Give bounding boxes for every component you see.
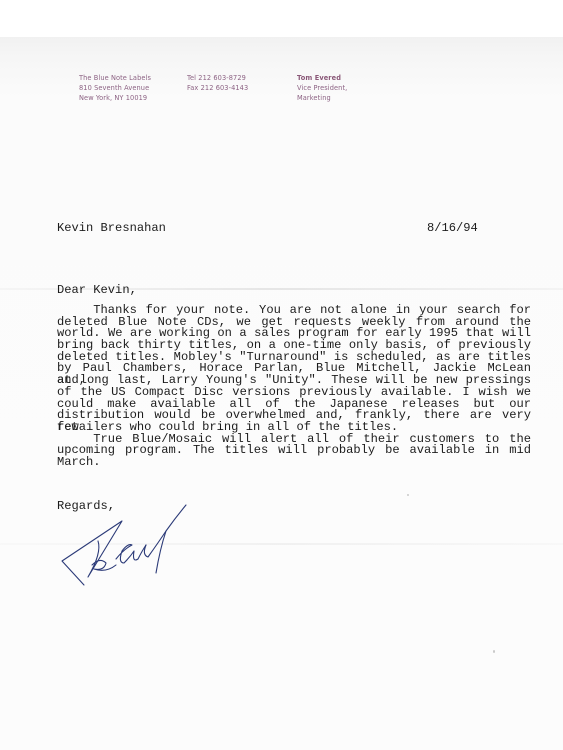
letterhead-phone: Tel 212 603-8729 Fax 212 603-4143 [187,73,248,93]
fax-number: Fax 212 603-4143 [187,83,248,93]
sender-name: Tom Evered [297,73,347,83]
paper-speck [407,494,409,496]
letterhead-sender: Tom Evered Vice President, Marketing [297,73,347,103]
paper-speck [493,650,495,653]
body-line: upcoming program. The titles will probab… [57,445,531,457]
recipient-name: Kevin Bresnahan [57,221,166,235]
handwritten-signature-icon [58,493,238,598]
telephone-number: Tel 212 603-8729 [187,73,248,83]
company-name: The Blue Note Labels [79,73,151,83]
body-line: March. [57,457,531,469]
sender-title: Vice President, [297,83,347,93]
salutation: Dear Kevin, [57,283,137,297]
city-state-zip: New York, NY 10019 [79,93,151,103]
letterhead-address: The Blue Note Labels 810 Seventh Avenue … [79,73,151,103]
sender-department: Marketing [297,93,347,103]
letter-date: 8/16/94 [427,221,478,235]
letter-body: Thanks for your note. You are not alone … [57,305,531,469]
street-address: 810 Seventh Avenue [79,83,151,93]
